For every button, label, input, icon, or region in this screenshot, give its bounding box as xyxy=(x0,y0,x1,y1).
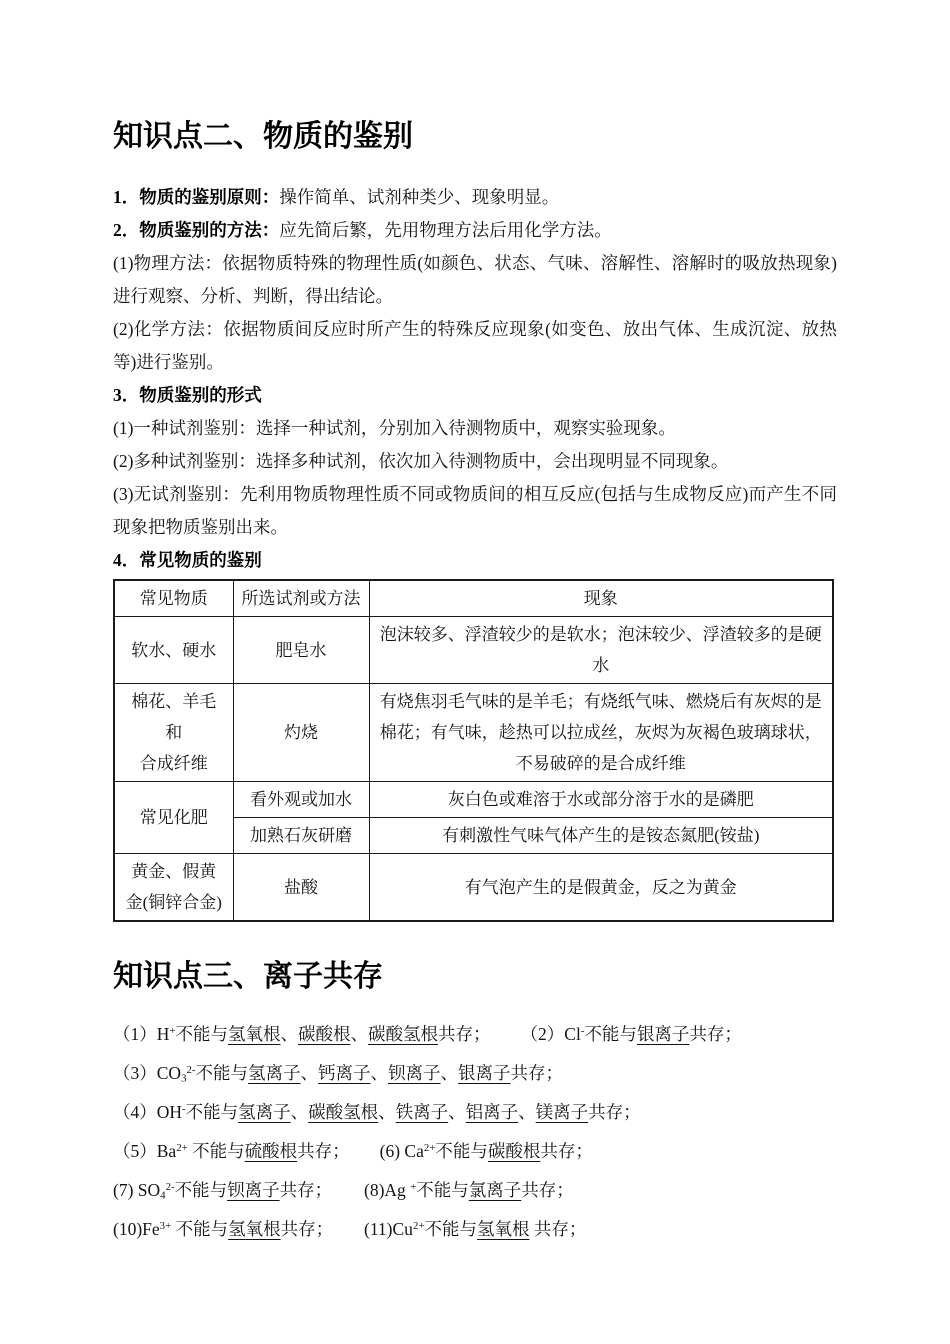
ion-rule-6: (6) Ca2+不能与碳酸根共存； xyxy=(380,1139,593,1163)
section2-title: 知识点二、物质的鉴别 xyxy=(113,118,837,156)
identification-table: 常见物质 所选试剂或方法 现象 软水、硬水 肥皂水 泡沫较多、浮渣较少的是软水；… xyxy=(113,579,834,922)
ion-rule-line-1-2: （1）H+不能与氢氧根、碳酸根、碳酸氢根共存； （2）Cl-不能与银离子共存； xyxy=(113,1022,837,1046)
ion-rule-line-5-6: （5）Ba2+ 不能与硫酸根共存； (6) Ca2+不能与碳酸根共存； xyxy=(113,1139,837,1163)
table-row-gold: 黄金、假黄 金(铜锌合金) 盐酸 有气泡产生的是假黄金，反之为黄金 xyxy=(114,854,833,922)
ion-rule-7: (7) SO42-不能与钡离子共存； xyxy=(113,1178,334,1202)
ion-coexistence-list: （1）H+不能与氢氧根、碳酸根、碳酸氢根共存； （2）Cl-不能与银离子共存； … xyxy=(113,1022,837,1241)
ion-rule-5: （5）Ba2+ 不能与硫酸根共存； xyxy=(113,1139,350,1163)
paragraph-physical-method: (1)物理方法：依据物质特殊的物理性质(如颜色、状态、气味、溶解性、溶解时的吸放… xyxy=(113,247,837,313)
table-header-row: 常见物质 所选试剂或方法 现象 xyxy=(114,580,833,617)
cell-phenomenon: 有刺激性气味气体产生的是铵态氮肥(铵盐) xyxy=(369,818,833,854)
cell-reagent: 看外观或加水 xyxy=(233,782,369,818)
col-header-phenomenon: 现象 xyxy=(369,580,833,617)
ion-rule-1: （1）H+不能与氢氧根、碳酸根、碳酸氢根共存； xyxy=(113,1022,491,1046)
col-header-reagent: 所选试剂或方法 xyxy=(233,580,369,617)
section3-title: 知识点三、离子共存 xyxy=(113,958,837,996)
cell-phenomenon: 有烧焦羽毛气味的是羊毛；有烧纸气味、燃烧后有灰烬的是棉花；有气味，趁热可以拉成丝… xyxy=(369,684,833,782)
cell-reagent: 加熟石灰研磨 xyxy=(233,818,369,854)
cell-substance: 常见化肥 xyxy=(114,782,233,854)
ion-rule-8: (8)Ag +不能与氯离子共存； xyxy=(364,1178,574,1202)
ion-rule-2: （2）Cl-不能与银离子共存； xyxy=(521,1022,742,1046)
table-row-fertilizer-a: 常见化肥 看外观或加水 灰白色或难溶于水或部分溶于水的是磷肥 xyxy=(114,782,833,818)
cell-substance: 棉花、羊毛 和 合成纤维 xyxy=(114,684,233,782)
paragraph-common-substances-heading: 4．常见物质的鉴别 xyxy=(113,544,837,577)
paragraph-chemical-method: (2)化学方法：依据物质间反应时所产生的特殊反应现象(如变色、放出气体、生成沉淀… xyxy=(113,313,837,379)
paragraph-multi-reagent: (2)多种试剂鉴别：选择多种试剂，依次加入待测物质中，会出现明显不同现象。 xyxy=(113,445,837,478)
cell-substance: 黄金、假黄 金(铜锌合金) xyxy=(114,854,233,922)
col-header-substance: 常见物质 xyxy=(114,580,233,617)
cell-phenomenon: 有气泡产生的是假黄金，反之为黄金 xyxy=(369,854,833,922)
paragraph-identification-principle: 1．物质的鉴别原则：操作简单、试剂种类少、现象明显。 xyxy=(113,181,837,214)
cell-reagent: 肥皂水 xyxy=(233,617,369,684)
paragraph-identification-forms-heading: 3．物质鉴别的形式 xyxy=(113,379,837,412)
cell-phenomenon: 灰白色或难溶于水或部分溶于水的是磷肥 xyxy=(369,782,833,818)
ion-rule-4: （4）OH-不能与氢离子、碳酸氢根、铁离子、铝离子、镁离子共存； xyxy=(113,1100,641,1124)
cell-phenomenon: 泡沫较多、浮渣较少的是软水；泡沫较少、浮渣较多的是硬水 xyxy=(369,617,833,684)
ion-rule-line-7-8: (7) SO42-不能与钡离子共存； (8)Ag +不能与氯离子共存； xyxy=(113,1178,837,1202)
section2-body: 1．物质的鉴别原则：操作简单、试剂种类少、现象明显。 2．物质鉴别的方法：应先简… xyxy=(113,181,837,577)
paragraph-one-reagent: (1)一种试剂鉴别：选择一种试剂，分别加入待测物质中，观察实验现象。 xyxy=(113,412,837,445)
ion-rule-line-3: （3）CO32-不能与氢离子、钙离子、钡离子、银离子共存； xyxy=(113,1061,837,1085)
table-row-water: 软水、硬水 肥皂水 泡沫较多、浮渣较少的是软水；泡沫较少、浮渣较多的是硬水 xyxy=(114,617,833,684)
cell-reagent: 盐酸 xyxy=(233,854,369,922)
document-page: 知识点二、物质的鉴别 1．物质的鉴别原则：操作简单、试剂种类少、现象明显。 2．… xyxy=(0,0,950,1344)
ion-rule-10: (10)Fe3+ 不能与氢氧根共存； xyxy=(113,1217,334,1241)
cell-substance: 软水、硬水 xyxy=(114,617,233,684)
ion-rule-11: (11)Cu2+不能与氢氧根 共存； xyxy=(364,1217,586,1241)
table-row-fibers: 棉花、羊毛 和 合成纤维 灼烧 有烧焦羽毛气味的是羊毛；有烧纸气味、燃烧后有灰烬… xyxy=(114,684,833,782)
ion-rule-3: （3）CO32-不能与氢离子、钙离子、钡离子、银离子共存； xyxy=(113,1061,563,1085)
paragraph-no-reagent: (3)无试剂鉴别：先利用物质物理性质不同或物质间的相互反应(包括与生成物反应)而… xyxy=(113,478,837,544)
ion-rule-line-4: （4）OH-不能与氢离子、碳酸氢根、铁离子、铝离子、镁离子共存； xyxy=(113,1100,837,1124)
paragraph-identification-method: 2．物质鉴别的方法：应先简后繁，先用物理方法后用化学方法。 xyxy=(113,214,837,247)
ion-rule-line-10-11: (10)Fe3+ 不能与氢氧根共存； (11)Cu2+不能与氢氧根 共存； xyxy=(113,1217,837,1241)
cell-reagent: 灼烧 xyxy=(233,684,369,782)
